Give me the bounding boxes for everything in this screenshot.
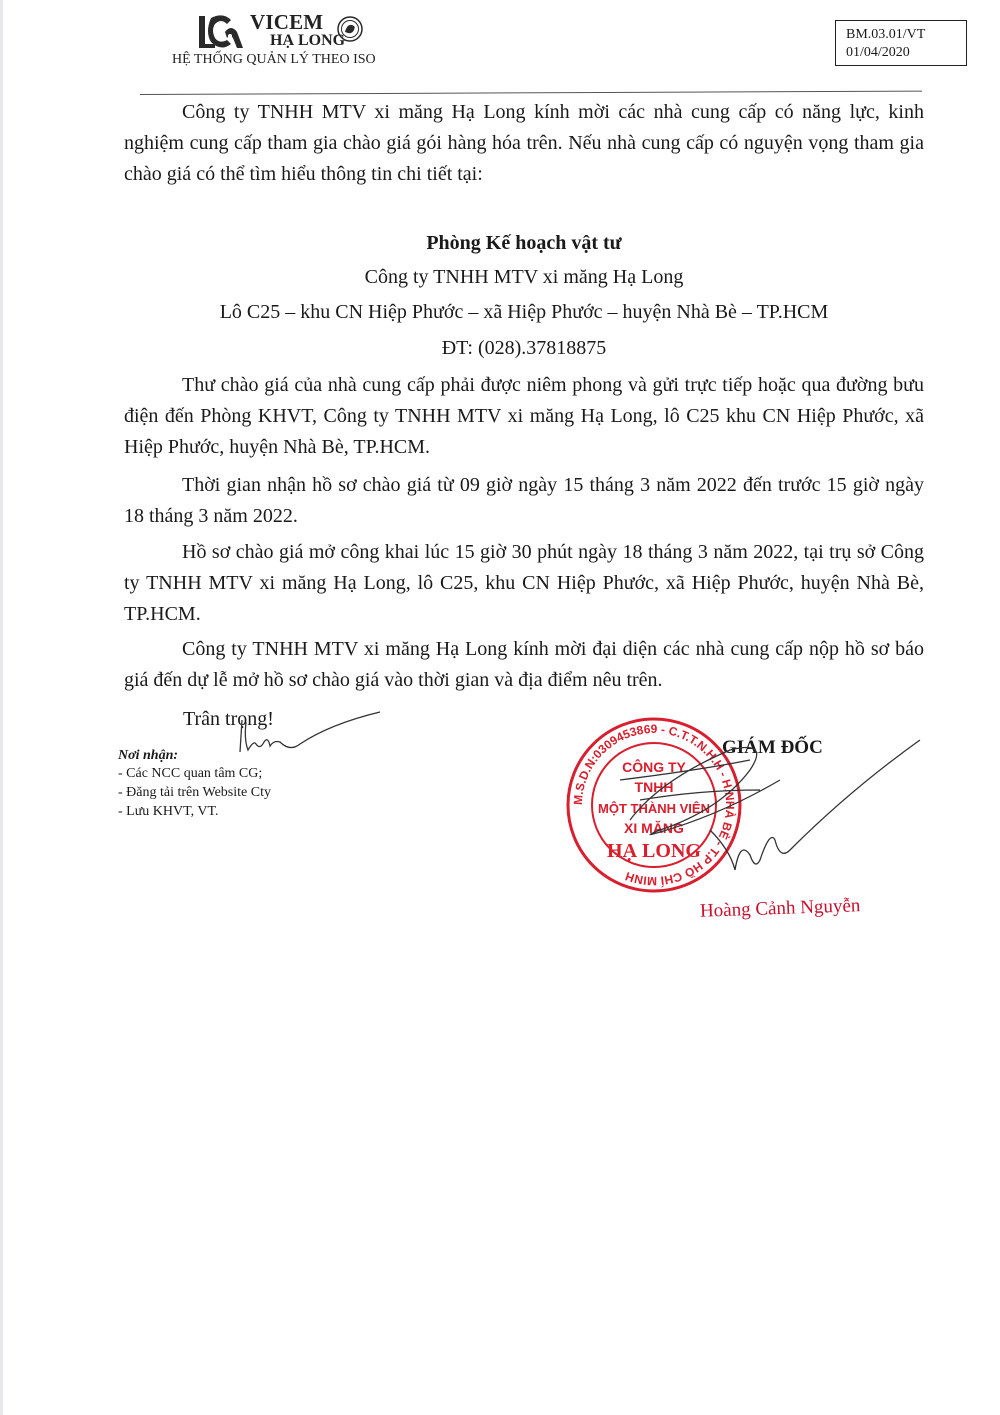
ihl-logo-icon bbox=[197, 14, 245, 50]
invitation-paragraph: Công ty TNHH MTV xi măng Hạ Long kính mờ… bbox=[124, 634, 924, 696]
contact-address: Lô C25 – khu CN Hiệp Phước – xã Hiệp Phư… bbox=[124, 295, 924, 330]
dragon-seal-icon bbox=[337, 16, 363, 42]
submission-paragraph: Thư chào giá của nhà cung cấp phải được … bbox=[124, 370, 924, 463]
form-code-box: BM.03.01/VT 01/04/2020 bbox=[835, 20, 967, 66]
director-signature bbox=[600, 720, 930, 890]
form-date: 01/04/2020 bbox=[846, 44, 966, 62]
scan-edge bbox=[0, 0, 3, 1415]
signer-name: Hoàng Cảnh Nguyễn bbox=[700, 895, 861, 923]
iso-system-label: HỆ THỐNG QUẢN LÝ THEO ISO bbox=[172, 52, 376, 68]
recipient-item: - Các NCC quan tâm CG; bbox=[118, 764, 271, 783]
recipient-item: - Lưu KHVT, VT. bbox=[118, 802, 271, 821]
brand-name: VICEM bbox=[250, 12, 323, 32]
brand-subtitle: HẠ LONG bbox=[270, 33, 345, 49]
form-code: BM.03.01/VT bbox=[846, 26, 966, 44]
intro-paragraph: Công ty TNHH MTV xi măng Hạ Long kính mờ… bbox=[124, 97, 924, 190]
deadline-paragraph: Thời gian nhận hồ sơ chào giá từ 09 giờ … bbox=[124, 470, 924, 532]
initial-signature bbox=[230, 700, 390, 770]
opening-paragraph: Hồ sơ chào giá mở công khai lúc 15 giờ 3… bbox=[124, 537, 924, 630]
contact-company: Công ty TNHH MTV xi măng Hạ Long bbox=[124, 260, 924, 295]
recipients-list: - Các NCC quan tâm CG; - Đăng tải trên W… bbox=[118, 764, 271, 821]
contact-department: Phòng Kế hoạch vật tư bbox=[124, 226, 924, 261]
recipient-item: - Đăng tải trên Website Cty bbox=[118, 783, 271, 802]
header-divider bbox=[140, 91, 922, 95]
recipients-title: Nơi nhận: bbox=[118, 748, 178, 764]
contact-phone: ĐT: (028).37818875 bbox=[124, 331, 924, 366]
